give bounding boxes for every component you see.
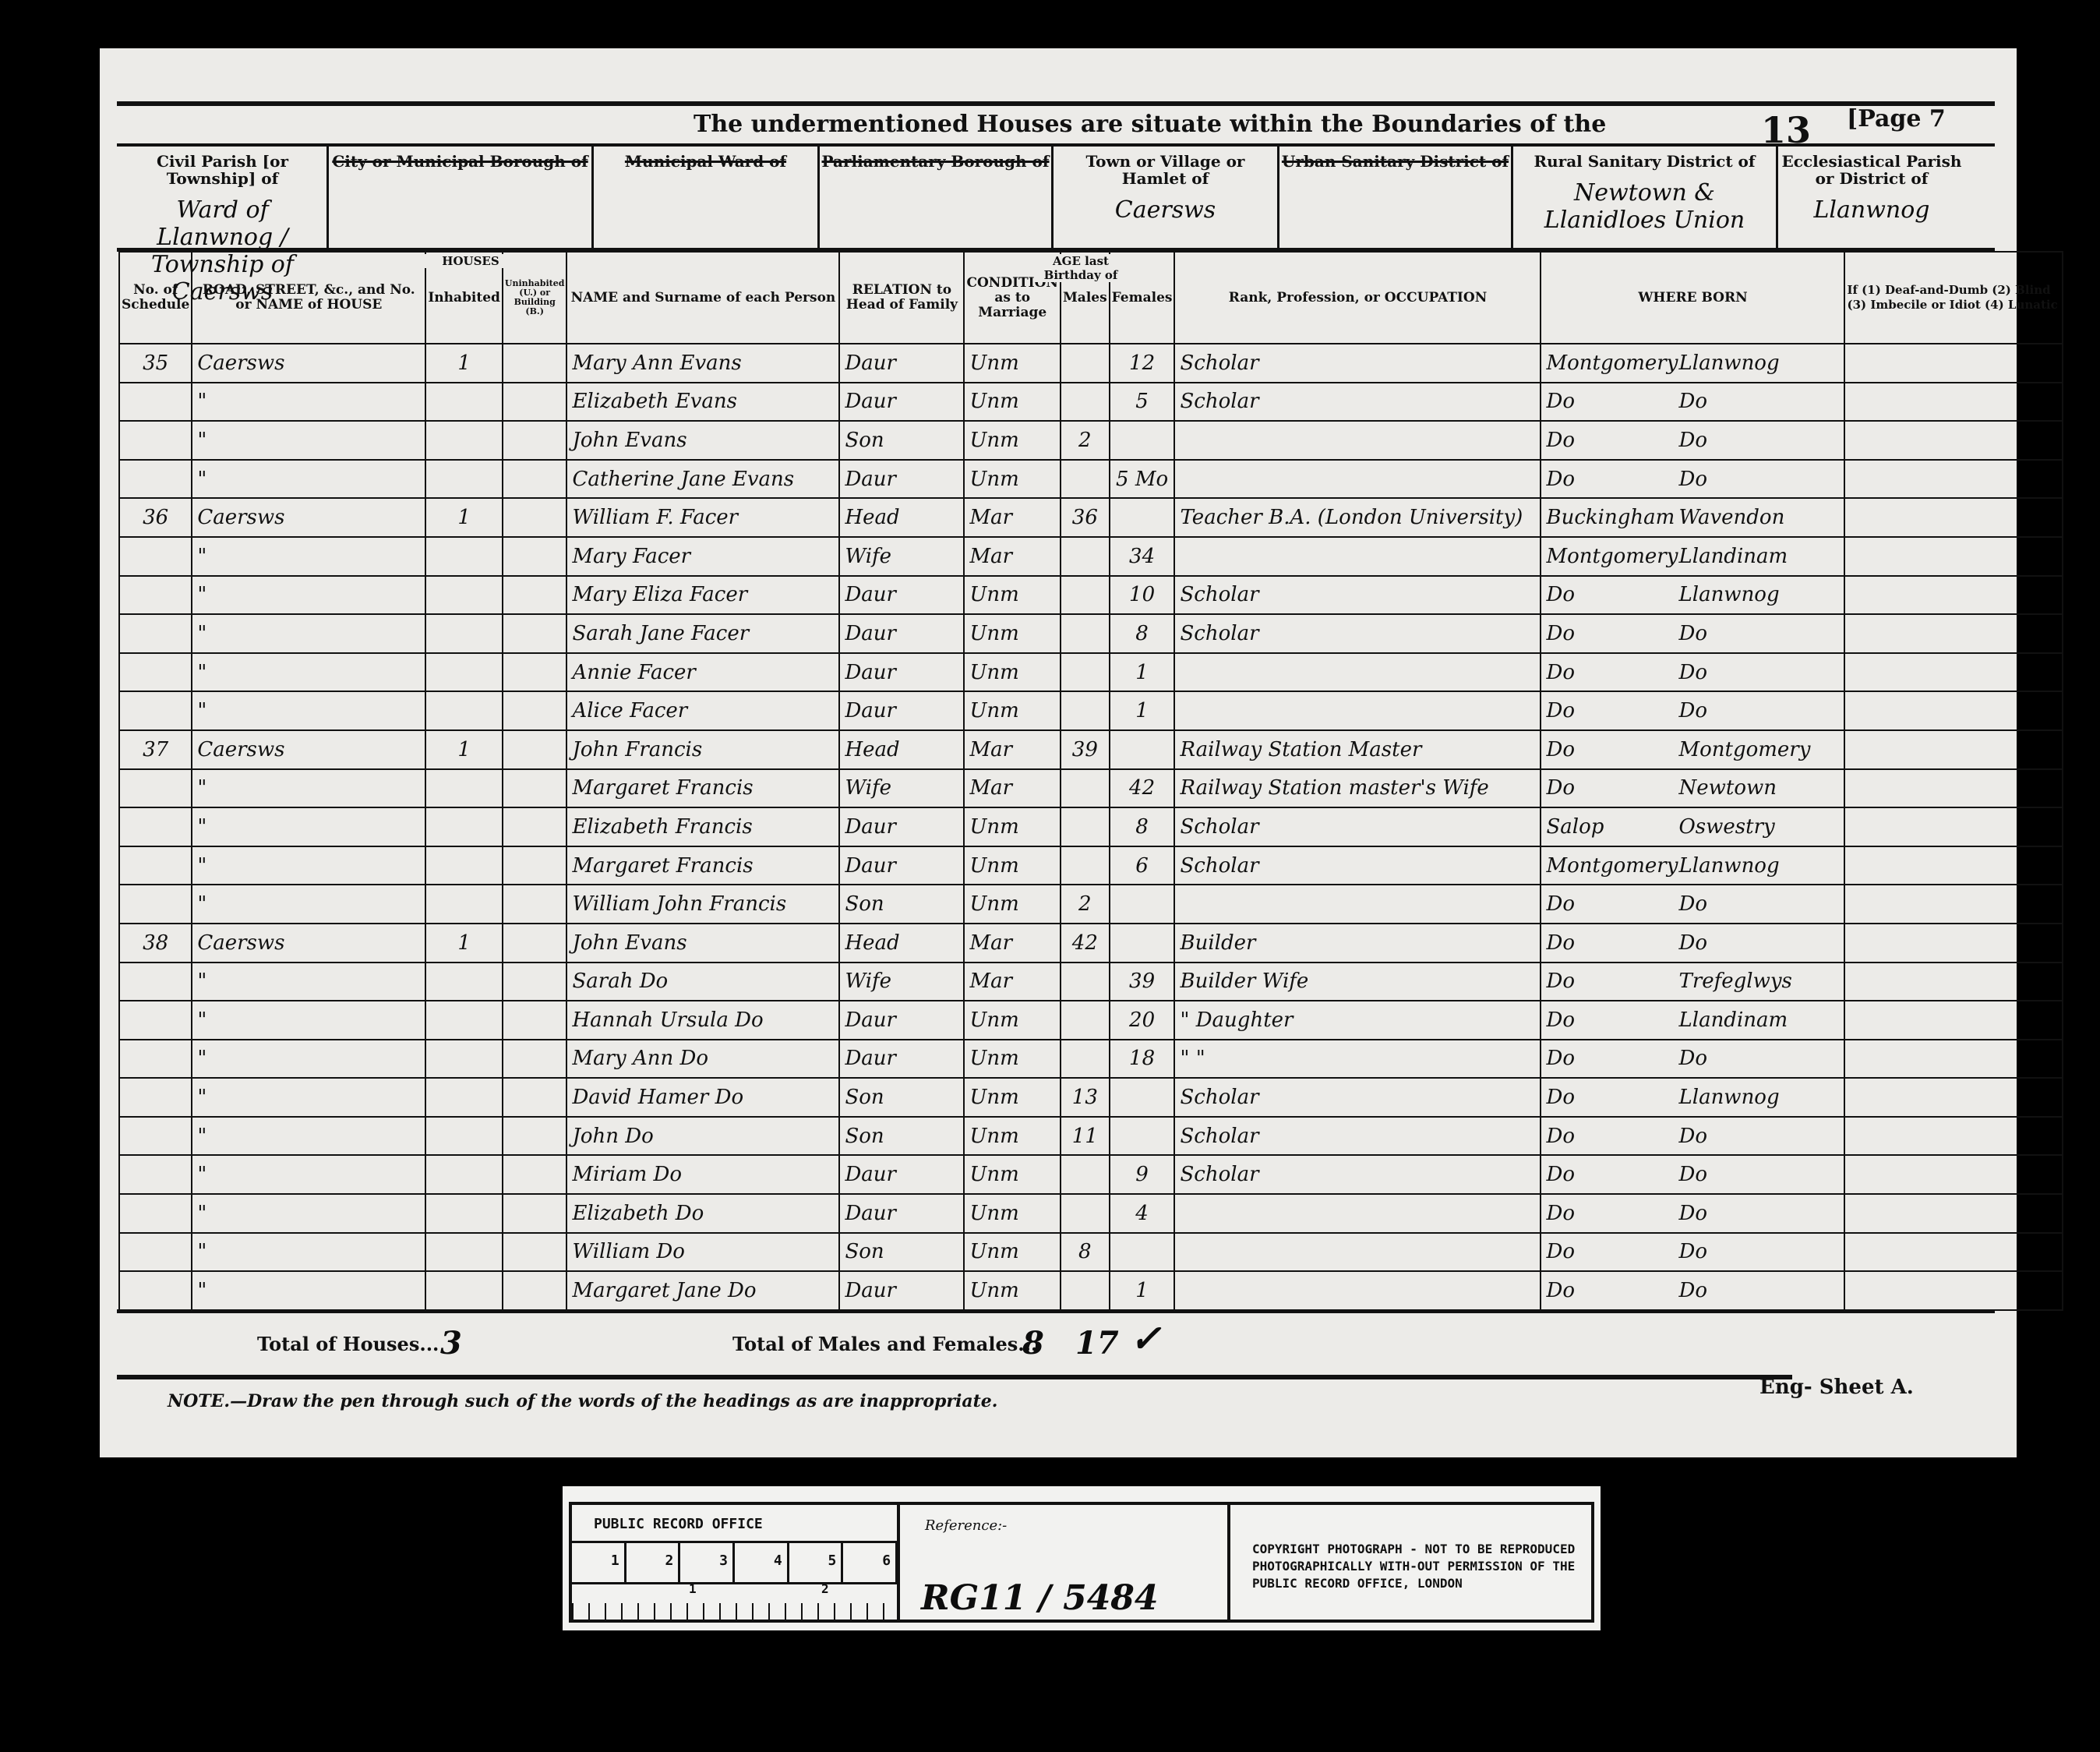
cell-name: Mary Ann Evans <box>566 344 839 383</box>
cell-f <box>1110 1078 1175 1117</box>
born-parish: Do <box>1678 892 1707 916</box>
cell-empty <box>1844 344 2063 383</box>
table-row: "Hannah Ursula DoDaurUnm20" DaughterDoLl… <box>119 1001 2063 1040</box>
cell-inh <box>425 1155 503 1194</box>
table-row: 35Caersws1Mary Ann EvansDaurUnm12Scholar… <box>119 344 2063 383</box>
cell-where-born: DoDo <box>1541 1194 1844 1233</box>
area-0: Civil Parish [or Township] ofWard of Lla… <box>118 147 329 248</box>
born-county: Do <box>1546 1279 1678 1302</box>
cell-m <box>1061 614 1110 653</box>
cell-rel: Head <box>839 924 964 963</box>
cell-sched <box>119 1078 192 1117</box>
reference-slip: PUBLIC RECORD OFFICE 123456 1 2 Referenc… <box>563 1486 1601 1630</box>
cell-road: Caersws <box>192 730 425 769</box>
cell-road: " <box>192 653 425 692</box>
cell-name: Margaret Jane Do <box>566 1271 839 1310</box>
cell-name: Sarah Jane Facer <box>566 614 839 653</box>
col-road: ROAD, STREET, &c., and No. or NAME of HO… <box>192 252 425 344</box>
cell-inh <box>425 614 503 653</box>
footer-note: NOTE.—Draw the pen through such of the w… <box>168 1391 997 1411</box>
area-label: City or Municipal Borough of <box>329 153 591 170</box>
cell-occ <box>1174 885 1541 924</box>
area-value: Llanwnog <box>1778 196 1965 224</box>
cell-road: " <box>192 885 425 924</box>
cell-road: " <box>192 1194 425 1233</box>
cell-rel: Son <box>839 1078 964 1117</box>
cell-road: " <box>192 1001 425 1040</box>
born-county: Do <box>1546 1125 1678 1148</box>
cell-inh <box>425 576 503 615</box>
born-parish: Do <box>1678 468 1707 491</box>
cell-road: " <box>192 576 425 615</box>
cell-inh <box>425 1040 503 1079</box>
cell-f <box>1110 1233 1175 1272</box>
born-county: Do <box>1546 468 1678 491</box>
cell-f <box>1110 924 1175 963</box>
cell-where-born: DoDo <box>1541 924 1844 963</box>
born-county: Do <box>1546 776 1678 800</box>
table-row: 38Caersws1John EvansHeadMar42BuilderDoDo <box>119 924 2063 963</box>
col-name: NAME and Surname of each Person <box>566 252 839 344</box>
cell-road: " <box>192 807 425 846</box>
cell-sched <box>119 653 192 692</box>
cell-road: " <box>192 691 425 730</box>
cell-sched: 36 <box>119 498 192 537</box>
born-county: Do <box>1546 1008 1678 1032</box>
cell-occ: Scholar <box>1174 614 1541 653</box>
cell-m: 2 <box>1061 421 1110 460</box>
cell-road: " <box>192 537 425 576</box>
table-row: "Mary Ann DoDaurUnm18" "DoDo <box>119 1040 2063 1079</box>
cell-where-born: DoDo <box>1541 614 1844 653</box>
cell-empty <box>1844 1194 2063 1233</box>
cell-cond: Unm <box>964 421 1061 460</box>
cell-sched <box>119 576 192 615</box>
table-row: "Mary Eliza FacerDaurUnm10ScholarDoLlanw… <box>119 576 2063 615</box>
cell-sched <box>119 885 192 924</box>
cell-empty <box>503 537 567 576</box>
cell-occ: Scholar <box>1174 1155 1541 1194</box>
page-title: The undermentioned Houses are situate wi… <box>694 111 1606 138</box>
cell-occ: Scholar <box>1174 1078 1541 1117</box>
cell-occ: Scholar <box>1174 344 1541 383</box>
born-county: Do <box>1546 429 1678 452</box>
cell-where-born: DoTrefeglwys <box>1541 963 1844 1001</box>
born-parish: Wavendon <box>1678 506 1784 529</box>
cell-sched <box>119 1233 192 1272</box>
cell-empty <box>1844 1001 2063 1040</box>
cell-sched <box>119 1271 192 1310</box>
cell-m: 8 <box>1061 1233 1110 1272</box>
born-parish: Oswestry <box>1678 815 1774 839</box>
cell-cond: Mar <box>964 498 1061 537</box>
cell-m <box>1061 653 1110 692</box>
cell-inh <box>425 885 503 924</box>
born-parish: Llanwnog <box>1678 583 1779 606</box>
cell-road: " <box>192 1040 425 1079</box>
cell-f <box>1110 730 1175 769</box>
born-county: Do <box>1546 1086 1678 1109</box>
cell-rel: Wife <box>839 769 964 808</box>
cell-inh <box>425 1001 503 1040</box>
table-row: "Elizabeth DoDaurUnm4DoDo <box>119 1194 2063 1233</box>
area-value: Newtown & Llanidloes Union <box>1513 179 1776 234</box>
cell-m <box>1061 1040 1110 1079</box>
cell-cond: Unm <box>964 1117 1061 1156</box>
cell-name: William F. Facer <box>566 498 839 537</box>
totals-rule <box>117 1309 1995 1313</box>
cell-road: " <box>192 1233 425 1272</box>
cell-f: 8 <box>1110 614 1175 653</box>
table-row: "David Hamer DoSonUnm13ScholarDoLlanwnog <box>119 1078 2063 1117</box>
cell-empty <box>503 1155 567 1194</box>
cell-sched <box>119 846 192 885</box>
born-parish: Do <box>1678 622 1707 645</box>
cell-occ <box>1174 691 1541 730</box>
cell-road: Caersws <box>192 924 425 963</box>
cell-rel: Daur <box>839 1194 964 1233</box>
cell-empty <box>1844 421 2063 460</box>
cell-rel: Son <box>839 885 964 924</box>
copyright-notice: COPYRIGHT PHOTOGRAPH - NOT TO BE REPRODU… <box>1252 1541 1579 1592</box>
cell-f: 10 <box>1110 576 1175 615</box>
cell-m <box>1061 1155 1110 1194</box>
col-houses: HOUSES <box>422 254 519 268</box>
cell-empty <box>503 1117 567 1156</box>
cell-m <box>1061 846 1110 885</box>
cell-where-born: DoDo <box>1541 1040 1844 1079</box>
col-age: AGE last Birthday of <box>1035 254 1127 282</box>
cell-empty <box>1844 924 2063 963</box>
total-houses-label: Total of Houses... <box>257 1333 439 1395</box>
table-row: "Sarah Jane FacerDaurUnm8ScholarDoDo <box>119 614 2063 653</box>
cell-rel: Daur <box>839 576 964 615</box>
sheet-label: Eng- Sheet A. <box>1759 1376 1914 1399</box>
cell-name: Mary Facer <box>566 537 839 576</box>
ruler-digit: 4 <box>735 1543 789 1582</box>
cell-empty <box>503 1233 567 1272</box>
born-county: Do <box>1546 1240 1678 1263</box>
born-county: Do <box>1546 970 1678 993</box>
cell-occ <box>1174 537 1541 576</box>
table-row: "Annie FacerDaurUnm1DoDo <box>119 653 2063 692</box>
area-label: Town or Village or Hamlet of <box>1054 153 1277 187</box>
cell-rel: Son <box>839 1117 964 1156</box>
cell-cond: Unm <box>964 1078 1061 1117</box>
cell-empty <box>1844 653 2063 692</box>
table-row: "John EvansSonUnm2DoDo <box>119 421 2063 460</box>
cell-f: 1 <box>1110 691 1175 730</box>
born-parish: Do <box>1678 931 1707 955</box>
cell-where-born: DoDo <box>1541 421 1844 460</box>
area-4: Town or Village or Hamlet ofCaersws <box>1054 147 1279 248</box>
cell-cond: Mar <box>964 924 1061 963</box>
cell-empty <box>503 1078 567 1117</box>
ruler-digit: 3 <box>680 1543 735 1582</box>
cell-sched <box>119 1155 192 1194</box>
ruler-digit: 5 <box>789 1543 844 1582</box>
total-persons-label: Total of Males and Females... <box>732 1333 1037 1395</box>
cell-inh <box>425 460 503 499</box>
cell-road: " <box>192 846 425 885</box>
born-county: Do <box>1546 390 1678 413</box>
born-parish: Newtown <box>1678 776 1777 800</box>
cell-occ: Builder Wife <box>1174 963 1541 1001</box>
bottom-rule <box>117 1375 1792 1379</box>
cell-road: " <box>192 460 425 499</box>
cell-empty <box>1844 1040 2063 1079</box>
area-5: Urban Sanitary District of <box>1279 147 1513 248</box>
cell-f: 20 <box>1110 1001 1175 1040</box>
area-3: Parliamentary Borough of <box>820 147 1054 248</box>
cell-name: Hannah Ursula Do <box>566 1001 839 1040</box>
cell-empty <box>1844 963 2063 1001</box>
area-7: Ecclesiastical Parish or District ofLlan… <box>1778 147 1965 248</box>
born-county: Do <box>1546 892 1678 916</box>
cell-inh <box>425 807 503 846</box>
cell-empty <box>503 1271 567 1310</box>
cell-where-born: DoLlanwnog <box>1541 576 1844 615</box>
cell-m <box>1061 537 1110 576</box>
cell-road: Caersws <box>192 344 425 383</box>
cell-occ <box>1174 653 1541 692</box>
ruler: 123456 <box>572 1541 898 1584</box>
cell-name: Elizabeth Do <box>566 1194 839 1233</box>
born-county: Do <box>1546 622 1678 645</box>
table-row: "Miriam DoDaurUnm9ScholarDoDo <box>119 1155 2063 1194</box>
table-row: "Elizabeth EvansDaurUnm5ScholarDoDo <box>119 383 2063 422</box>
cell-inh <box>425 1078 503 1117</box>
cell-empty <box>1844 1155 2063 1194</box>
born-parish: Do <box>1678 699 1707 722</box>
area-1: City or Municipal Borough of <box>329 147 594 248</box>
born-parish: Do <box>1678 390 1707 413</box>
cell-road: " <box>192 769 425 808</box>
col-occupation: Rank, Profession, or OCCUPATION <box>1174 252 1541 344</box>
cell-where-born: DoDo <box>1541 460 1844 499</box>
cell-inh <box>425 1271 503 1310</box>
cell-m <box>1061 1001 1110 1040</box>
cell-occ: Teacher B.A. (London University) <box>1174 498 1541 537</box>
col-infirmity: If (1) Deaf-and-Dumb (2) Blind (3) Imbec… <box>1844 252 2063 344</box>
born-parish: Do <box>1678 1279 1707 1302</box>
cell-occ <box>1174 1271 1541 1310</box>
cell-empty <box>503 421 567 460</box>
col-schedule: No. of Schedule <box>119 252 192 344</box>
cell-name: William Do <box>566 1233 839 1272</box>
table-row: "Margaret Jane DoDaurUnm1DoDo <box>119 1271 2063 1310</box>
cell-inh <box>425 846 503 885</box>
cell-rel: Son <box>839 1233 964 1272</box>
cell-rel: Daur <box>839 1001 964 1040</box>
cell-rel: Wife <box>839 537 964 576</box>
born-parish: Do <box>1678 1240 1707 1263</box>
cell-sched <box>119 691 192 730</box>
cell-rel: Daur <box>839 1155 964 1194</box>
area-label: Urban Sanitary District of <box>1279 153 1511 170</box>
born-parish: Do <box>1678 661 1707 684</box>
cell-sched <box>119 614 192 653</box>
cell-road: " <box>192 1078 425 1117</box>
table-row: "Catherine Jane EvansDaurUnm5 MoDoDo <box>119 460 2063 499</box>
cell-empty <box>1844 498 2063 537</box>
cell-inh: 1 <box>425 924 503 963</box>
born-county: Montgomery <box>1546 545 1678 568</box>
ruler-digit: 6 <box>843 1543 898 1582</box>
cell-occ: Scholar <box>1174 576 1541 615</box>
born-county: Montgomery <box>1546 854 1678 878</box>
born-parish: Trefeglwys <box>1678 970 1791 993</box>
cell-sched <box>119 1117 192 1156</box>
cell-occ <box>1174 1233 1541 1272</box>
cell-sched: 35 <box>119 344 192 383</box>
cell-name: Sarah Do <box>566 963 839 1001</box>
cell-occ <box>1174 421 1541 460</box>
cell-m <box>1061 576 1110 615</box>
cell-sched <box>119 1001 192 1040</box>
born-parish: Llanwnog <box>1678 351 1779 375</box>
cell-cond: Unm <box>964 1155 1061 1194</box>
cell-name: Mary Ann Do <box>566 1040 839 1079</box>
born-county: Montgomery <box>1546 351 1678 375</box>
cell-cond: Unm <box>964 846 1061 885</box>
born-county: Do <box>1546 661 1678 684</box>
cell-m: 42 <box>1061 924 1110 963</box>
top-rule <box>117 101 1995 106</box>
cell-cond: Unm <box>964 1040 1061 1079</box>
cell-cond: Unm <box>964 460 1061 499</box>
cell-name: David Hamer Do <box>566 1078 839 1117</box>
office-title: PUBLIC RECORD OFFICE <box>594 1516 763 1532</box>
cell-name: Margaret Francis <box>566 769 839 808</box>
cell-f: 1 <box>1110 653 1175 692</box>
cell-cond: Unm <box>964 691 1061 730</box>
cell-empty <box>1844 1078 2063 1117</box>
cell-inh <box>425 653 503 692</box>
cell-rel: Daur <box>839 807 964 846</box>
col-relation: RELATION to Head of Family <box>839 252 964 344</box>
cell-inh: 1 <box>425 498 503 537</box>
cell-sched: 37 <box>119 730 192 769</box>
cell-cond: Mar <box>964 730 1061 769</box>
cell-f <box>1110 885 1175 924</box>
area-label: Civil Parish [or Township] of <box>118 153 326 187</box>
cell-inh <box>425 1194 503 1233</box>
cell-m <box>1061 344 1110 383</box>
cell-inh <box>425 537 503 576</box>
table-row: 36Caersws1William F. FacerHeadMar36Teach… <box>119 498 2063 537</box>
cell-where-born: DoDo <box>1541 1233 1844 1272</box>
cell-f: 5 Mo <box>1110 460 1175 499</box>
cell-sched <box>119 1194 192 1233</box>
born-county: Buckingham <box>1546 506 1678 529</box>
cell-rel: Daur <box>839 614 964 653</box>
cell-where-born: DoMontgomery <box>1541 730 1844 769</box>
cell-empty <box>503 846 567 885</box>
cell-where-born: MontgomeryLlanwnog <box>1541 846 1844 885</box>
born-county: Do <box>1546 1047 1678 1070</box>
cell-m <box>1061 1194 1110 1233</box>
cell-f <box>1110 498 1175 537</box>
cell-empty <box>1844 1117 2063 1156</box>
cell-sched: 38 <box>119 924 192 963</box>
cell-inh <box>425 421 503 460</box>
cell-where-born: MontgomeryLlanwnog <box>1541 344 1844 383</box>
cell-m <box>1061 383 1110 422</box>
cell-m: 36 <box>1061 498 1110 537</box>
cell-road: " <box>192 1271 425 1310</box>
cell-inh <box>425 769 503 808</box>
cell-sched <box>119 383 192 422</box>
cell-f <box>1110 1117 1175 1156</box>
cell-empty <box>503 807 567 846</box>
cell-where-born: DoDo <box>1541 1271 1844 1310</box>
cell-empty <box>503 614 567 653</box>
cell-road: " <box>192 1155 425 1194</box>
cell-empty <box>503 691 567 730</box>
born-parish: Do <box>1678 1047 1707 1070</box>
cell-empty <box>1844 807 2063 846</box>
cell-name: John Evans <box>566 924 839 963</box>
table-row: "William John FrancisSonUnm2DoDo <box>119 885 2063 924</box>
cell-empty <box>1844 537 2063 576</box>
cell-sched <box>119 1040 192 1079</box>
cell-name: Alice Facer <box>566 691 839 730</box>
cell-m <box>1061 1271 1110 1310</box>
born-parish: Do <box>1678 1202 1707 1225</box>
cell-name: John Do <box>566 1117 839 1156</box>
cell-where-born: DoDo <box>1541 1155 1844 1194</box>
cell-empty <box>503 383 567 422</box>
check-mark: ✓ <box>1130 1317 1161 1379</box>
cell-road: " <box>192 421 425 460</box>
cell-where-born: BuckinghamWavendon <box>1541 498 1844 537</box>
cell-road: " <box>192 963 425 1001</box>
born-parish: Llandinam <box>1678 545 1788 568</box>
cell-f: 6 <box>1110 846 1175 885</box>
cell-where-born: DoDo <box>1541 383 1844 422</box>
cell-rel: Daur <box>839 383 964 422</box>
cell-occ: Scholar <box>1174 1117 1541 1156</box>
cell-m: 13 <box>1061 1078 1110 1117</box>
cell-empty <box>503 460 567 499</box>
cell-f: 18 <box>1110 1040 1175 1079</box>
cell-f: 5 <box>1110 383 1175 422</box>
born-county: Do <box>1546 1202 1678 1225</box>
cell-empty <box>503 769 567 808</box>
cell-inh <box>425 691 503 730</box>
cell-rel: Head <box>839 730 964 769</box>
cell-cond: Unm <box>964 653 1061 692</box>
cell-f: 42 <box>1110 769 1175 808</box>
cell-empty <box>1844 769 2063 808</box>
cell-cond: Unm <box>964 885 1061 924</box>
cell-cond: Unm <box>964 807 1061 846</box>
cell-inh: 1 <box>425 730 503 769</box>
census-table: No. of Schedule ROAD, STREET, &c., and N… <box>118 251 2063 1311</box>
cell-name: Catherine Jane Evans <box>566 460 839 499</box>
cell-cond: Unm <box>964 1194 1061 1233</box>
cell-inh <box>425 1117 503 1156</box>
born-parish: Llanwnog <box>1678 1086 1779 1109</box>
scale-2: 2 <box>821 1581 829 1596</box>
cell-occ: " " <box>1174 1040 1541 1079</box>
cell-name: John Evans <box>566 421 839 460</box>
cell-f: 8 <box>1110 807 1175 846</box>
cell-name: John Francis <box>566 730 839 769</box>
area-label: Parliamentary Borough of <box>820 153 1051 170</box>
cell-m: 11 <box>1061 1117 1110 1156</box>
